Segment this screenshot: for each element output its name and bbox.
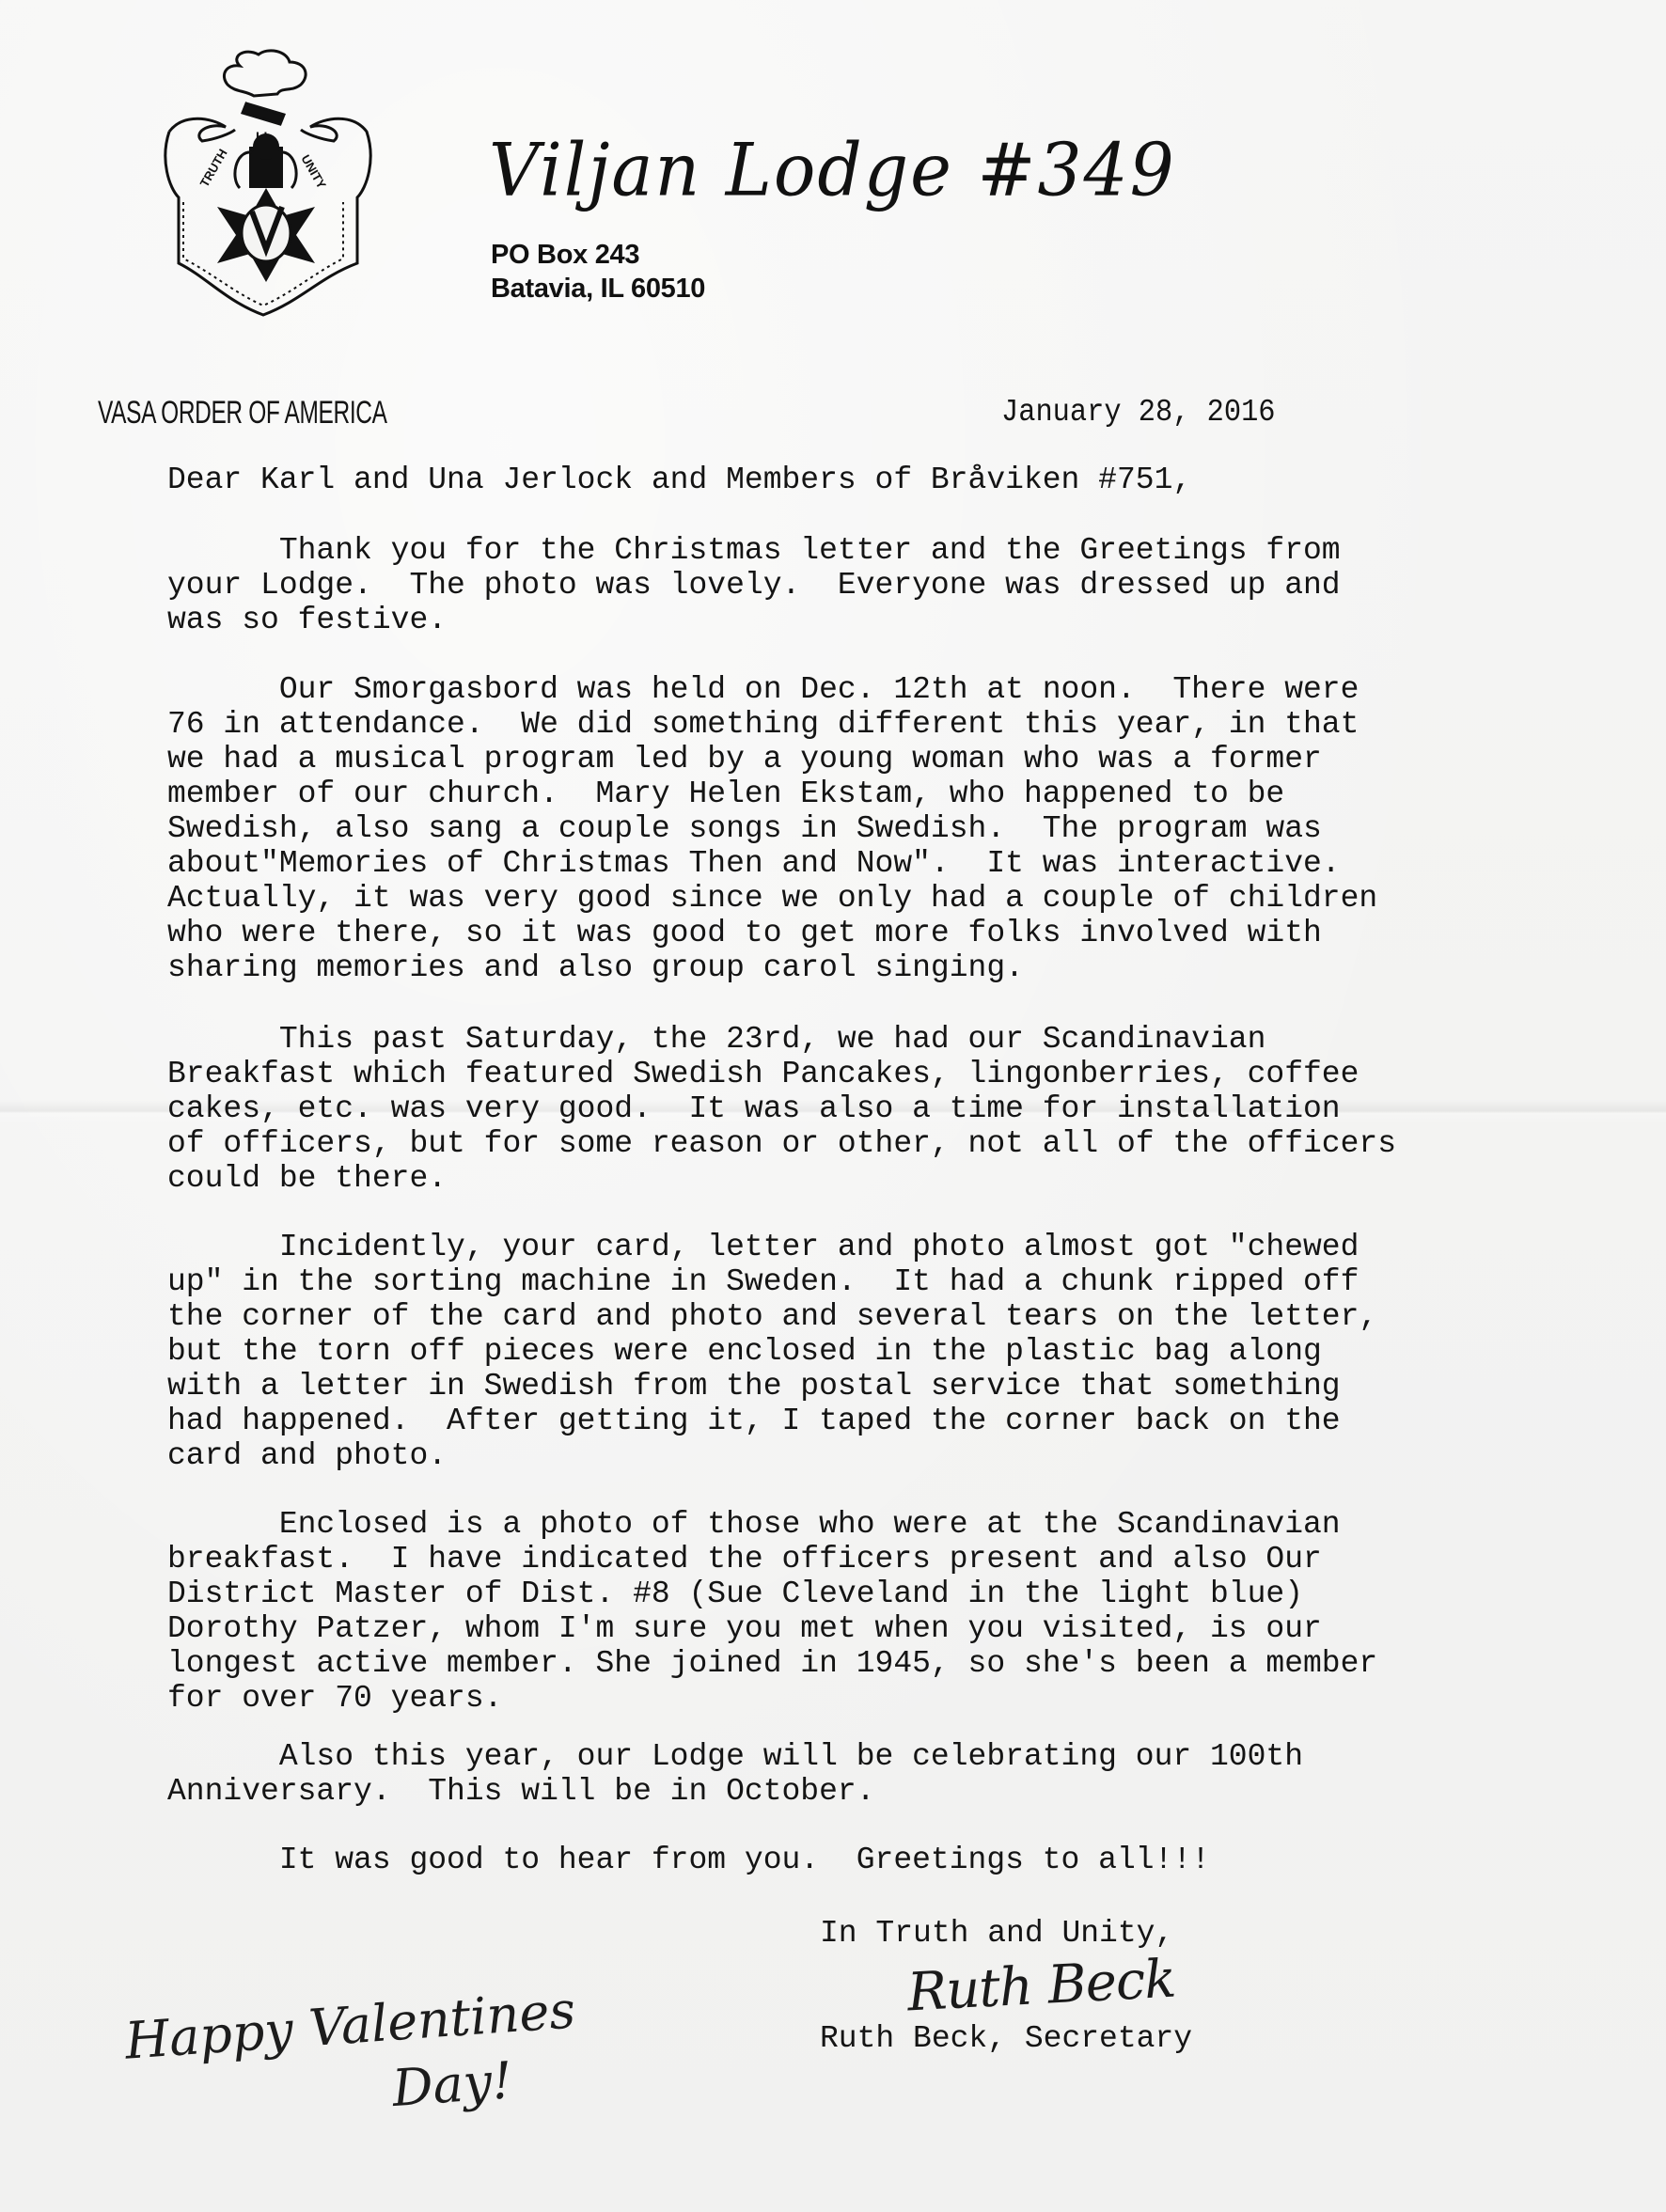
organization-name: VASA ORDER OF AMERICA [98,395,387,431]
paragraph-line: but the torn off pieces were enclosed in… [167,1334,1377,1369]
paragraph-line: Our Smorgasbord was held on Dec. 12th at… [167,672,1377,707]
paragraph-5: Enclosed is a photo of those who were at… [167,1507,1377,1716]
vasa-crest-logo: LL TRUTH UNITY [150,47,385,320]
paragraph-line: Enclosed is a photo of those who were at… [167,1507,1377,1542]
paragraph-line: Anniversary. This will be in October. [167,1774,1303,1809]
paragraph-line: up" in the sorting machine in Sweden. It… [167,1264,1377,1299]
paragraph-line: Swedish, also sang a couple songs in Swe… [167,811,1377,846]
paragraph-line: Incidently, your card, letter and photo … [167,1230,1377,1264]
paragraph-line: Dorothy Patzer, whom I'm sure you met wh… [167,1611,1377,1646]
paragraph-1: Thank you for the Christmas letter and t… [167,533,1341,637]
letter-closing: In Truth and Unity, [820,1916,1173,1951]
paragraph-line: of officers, but for some reason or othe… [167,1126,1396,1161]
paragraph-line: 76 in attendance. We did something diffe… [167,707,1377,742]
paragraph-line: your Lodge. The photo was lovely. Everyo… [167,568,1341,603]
paragraph-line: sharing memories and also group carol si… [167,950,1377,985]
paragraph-line: for over 70 years. [167,1681,1377,1716]
paragraph-line: Thank you for the Christmas letter and t… [167,533,1341,568]
paragraph-line: It was good to hear from you. Greetings … [167,1843,1210,1877]
signer-name-title: Ruth Beck, Secretary [820,2021,1192,2056]
paragraph-3: This past Saturday, the 23rd, we had our… [167,1022,1396,1196]
paragraph-line: who were there, so it was good to get mo… [167,916,1377,950]
paragraph-line: we had a musical program led by a young … [167,742,1377,777]
paragraph-4: Incidently, your card, letter and photo … [167,1230,1377,1473]
paragraph-line: cakes, etc. was very good. It was also a… [167,1091,1396,1126]
paragraph-line: the corner of the card and photo and sev… [167,1299,1377,1334]
address-line-2: Batavia, IL 60510 [491,274,705,305]
paragraph-line: This past Saturday, the 23rd, we had our… [167,1022,1396,1057]
paragraph-line: Breakfast which featured Swedish Pancake… [167,1057,1396,1091]
paragraph-7: It was good to hear from you. Greetings … [167,1843,1210,1877]
paragraph-line: Also this year, our Lodge will be celebr… [167,1739,1303,1774]
paragraph-6: Also this year, our Lodge will be celebr… [167,1739,1303,1809]
paragraph-line: about"Memories of Christmas Then and Now… [167,846,1377,881]
paragraph-line: member of our church. Mary Helen Ekstam,… [167,777,1377,811]
lodge-name-title: Viljan Lodge #349 [489,128,1176,212]
paragraph-line: could be there. [167,1161,1396,1196]
paragraph-line: breakfast. I have indicated the officers… [167,1542,1377,1577]
letter-salutation: Dear Karl and Una Jerlock and Members of… [167,463,1191,497]
paragraph-line: with a letter in Swedish from the postal… [167,1369,1377,1404]
crest-motto-truth: TRUTH [197,147,230,190]
paragraph-line: Actually, it was very good since we only… [167,881,1377,916]
paragraph-line: District Master of Dist. #8 (Sue Clevela… [167,1577,1377,1611]
crest-motto-unity: UNITY [298,152,329,192]
address-line-1: PO Box 243 [491,240,639,271]
paragraph-line: had happened. After getting it, I taped … [167,1404,1377,1438]
paragraph-2: Our Smorgasbord was held on Dec. 12th at… [167,672,1377,985]
letter-date: January 28, 2016 [1001,395,1276,430]
paragraph-line: longest active member. She joined in 194… [167,1646,1377,1681]
paragraph-line: was so festive. [167,603,1341,637]
paragraph-line: card and photo. [167,1438,1377,1473]
